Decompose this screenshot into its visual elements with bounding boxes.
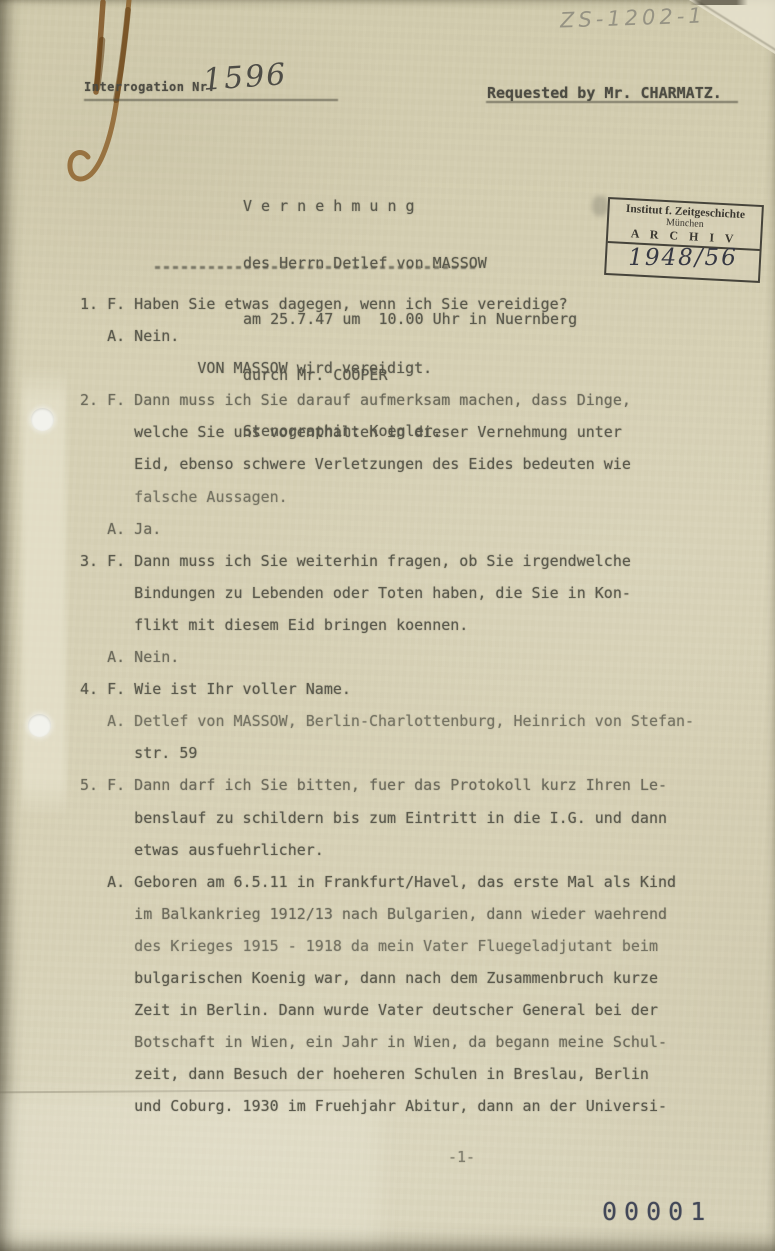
transcript-line: Eid, ebenso schwere Verletzungen des Eid…: [80, 448, 694, 480]
document-page: ZS-1202-1 Interrogation Nr. 1596 Request…: [0, 0, 775, 1251]
transcript-line: welche Sie uns vorenthalten in dieser Ve…: [80, 416, 694, 448]
transcript-line: bulgarischen Koenig war, dann nach dem Z…: [80, 962, 694, 994]
transcript-line: falsche Aussagen.: [80, 481, 694, 513]
page-number: -1-: [448, 1148, 475, 1166]
transcript-line: 1. F. Haben Sie etwas dagegen, wenn ich …: [80, 288, 694, 320]
archive-reference-pencil: ZS-1202-1: [560, 3, 706, 32]
paper-light-strip: [22, 366, 66, 818]
transcript-line: zeit, dann Besuch der hoeheren Schulen i…: [80, 1058, 694, 1090]
transcript-line: A. Geboren am 6.5.11 in Frankfurt/Havel,…: [80, 866, 694, 898]
punch-hole-top: [31, 408, 54, 431]
transcript-line: A. Nein.: [80, 641, 694, 673]
transcript-line: des Krieges 1915 - 1918 da mein Vater Fl…: [80, 930, 694, 962]
archive-stamp: Institut f. Zeitgeschichte München A R C…: [604, 197, 764, 283]
interrogation-number-label: Interrogation Nr.: [84, 80, 215, 94]
underline-left: [84, 99, 338, 101]
requested-by-label: Requested by Mr. CHARMATZ.: [487, 84, 722, 102]
document-number-stamp: 00001: [602, 1197, 712, 1226]
transcript-line: 2. F. Dann muss ich Sie darauf aufmerksa…: [80, 384, 694, 416]
stamp-archive-number-handwritten: 1948/56: [607, 245, 759, 271]
transcript-line: und Coburg. 1930 im Fruehjahr Abitur, da…: [80, 1090, 694, 1122]
transcript-line: flikt mit diesem Eid bringen koennen.: [80, 609, 694, 641]
title-line-vernehmung: V e r n e h m u n g: [243, 197, 577, 216]
transcript-line: 5. F. Dann darf ich Sie bitten, fuer das…: [80, 769, 694, 801]
transcript-line: 3. F. Dann muss ich Sie weiterhin fragen…: [80, 545, 694, 577]
transcript-line: str. 59: [80, 737, 694, 769]
transcript-line: 4. F. Wie ist Ihr voller Name.: [80, 673, 694, 705]
transcript-line: benslauf zu schildern bis zum Eintritt i…: [80, 802, 694, 834]
transcript-line: VON MASSOW wird vereidigt.: [80, 352, 694, 384]
transcript-line: A. Nein.: [80, 320, 694, 352]
transcript: 1. F. Haben Sie etwas dagegen, wenn ich …: [80, 288, 694, 1122]
transcript-line: im Balkankrieg 1912/13 nach Bulgarien, d…: [80, 898, 694, 930]
transcript-line: A. Ja.: [80, 513, 694, 545]
rust-stain-paperclip: [55, 0, 175, 230]
ink-smudge: [592, 196, 608, 216]
interrogation-number-handwritten: 1596: [202, 57, 289, 98]
title-line-person: des Herrn Detlef von MASSOW: [243, 254, 577, 273]
transcript-line: Botschaft in Wien, ein Jahr in Wien, da …: [80, 1026, 694, 1058]
underline-right: [486, 101, 738, 103]
transcript-line: Zeit in Berlin. Dann wurde Vater deutsch…: [80, 994, 694, 1026]
transcript-line: Bindungen zu Lebenden oder Toten haben, …: [80, 577, 694, 609]
dashed-separator: [155, 266, 477, 269]
punch-hole-bottom: [28, 714, 51, 737]
transcript-line: etwas ausfuehrlicher.: [80, 834, 694, 866]
transcript-line: A. Detlef von MASSOW, Berlin-Charlottenb…: [80, 705, 694, 737]
